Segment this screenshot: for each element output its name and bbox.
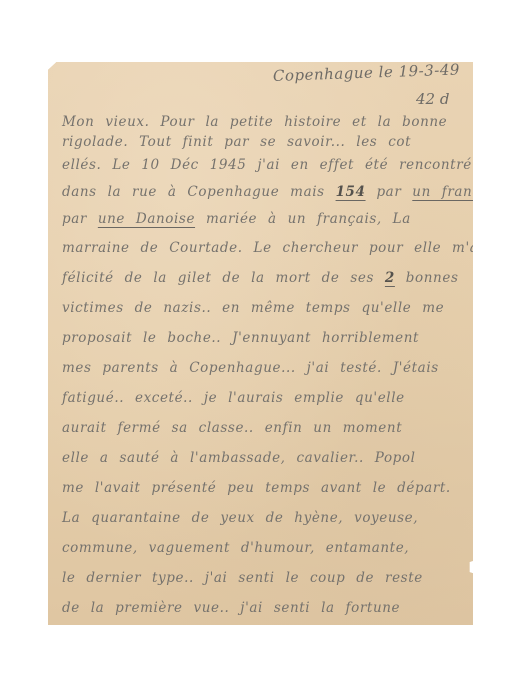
line-segment: bonnes [395,270,459,286]
letter-line: Mon vieux. Pour la petite histoire et la… [62,112,467,132]
letter-line: commune, vaguement d'humour, entamante, [62,533,467,563]
letter-line: dans la rue à Copenhague mais 154 par un… [62,179,467,206]
letter-line: marraine de Courtade. Le chercheur pour … [62,233,467,263]
line-segment: par [62,211,98,227]
letter-line: victimes de nazis.. en même temps qu'ell… [62,293,467,323]
letter-body: Mon vieux. Pour la petite histoire et la… [62,112,467,653]
letter-page: Copenhague le 19-3-49 42 d Mon vieux. Po… [48,62,473,625]
letter-line: le dernier type.. j'ai senti le coup de … [62,563,467,593]
place-date-heading: Copenhague le 19-3-49 [273,60,460,85]
underlined-number: 2 [385,270,395,286]
line-segment: dans la rue à Copenhague mais [62,184,336,200]
letter-line: mes parents à Copenhague... j'ai testé. … [62,353,467,383]
line-segment: par [366,184,413,200]
underlined-number: 154 [336,184,366,200]
letter-line: rigolade. Tout finit par se savoir... le… [62,132,467,152]
letter-line: c'était la misère à battre par pleine — [62,623,467,653]
underlined-phrase: une Danoise [98,211,195,227]
letter-line: félicité de la gilet de la mort de ses 2… [62,263,467,293]
reference-number: 42 d [416,90,449,108]
letter-line: proposait le boche.. J'ennuyant horrible… [62,323,467,353]
letter-line: par une Danoise mariée à un français, La [62,206,467,233]
letter-line: elle a sauté à l'ambassade, cavalier.. P… [62,443,467,473]
letter-line: La quarantaine de yeux de hyène, voyeuse… [62,503,467,533]
line-segment: félicité de la gilet de la mort de ses [62,270,385,286]
letter-line: fatigué.. exceté.. je l'aurais emplie qu… [62,383,467,413]
letter-line: ellés. Le 10 Déc 1945 j'ai en effet été … [62,152,467,179]
letter-line: de la première vue.. j'ai senti la fortu… [62,593,467,623]
letter-line: me l'avait présenté peu temps avant le d… [62,473,467,503]
letter-line: aurait fermé sa classe.. enfin un moment [62,413,467,443]
line-segment: mariée à un français, La [195,211,411,227]
underlined-phrase: un français [412,184,501,200]
